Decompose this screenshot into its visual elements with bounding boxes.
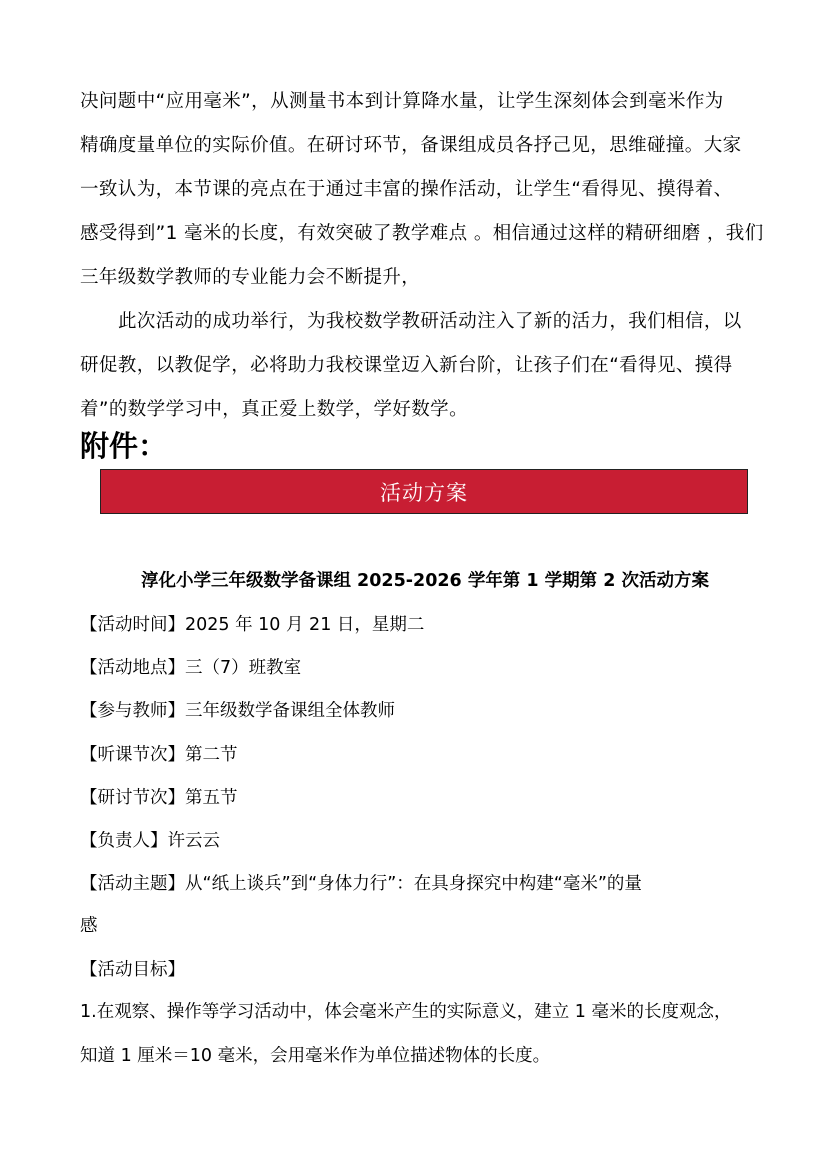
paragraph-line: 决问题中“应用毫米”，从测量书本到计算降水量，让学生深刻体会到毫米作为 [80,80,768,124]
activity-plan-banner: 活动方案 [100,469,748,514]
field-value: 第五节 [185,788,238,808]
field-discussion-period: 【研讨节次】第五节 [80,783,770,813]
paragraph-line: 精确度量单位的实际价值。在研讨环节，备课组成员各抒己见，思维碰撞。大家 [80,124,768,168]
field-label: 【听课节次】 [80,745,185,765]
field-value: 感 [80,916,98,936]
paragraph-line: 一致认为，本节课的亮点在于通过丰富的操作活动，让学生“看得见、摸得着、 [80,168,768,212]
paragraph-line: 着”的数学学习中，真正爱上数学，学好数学。 [80,388,768,432]
field-activity-location: 【活动地点】三（7）班教室 [80,653,770,683]
goal-line: 1.在观察、操作等学习活动中，体会毫米产生的实际意义，建立 1 毫米的长度观念， [80,990,780,1034]
goal-line: 知道 1 厘米＝10 毫米，会用毫米作为单位描述物体的长度。 [80,1034,780,1078]
attachment-heading: 附件： [80,426,167,466]
field-value: 三（7）班教室 [185,658,301,678]
field-observation-period: 【听课节次】第二节 [80,740,770,770]
plan-title: 淳化小学三年级数学备课组 2025-2026 学年第 1 学期第 2 次活动方案 [80,566,770,596]
field-value: 许云云 [168,831,221,851]
field-activity-theme: 【活动主题】从“纸上谈兵”到“身体力行”：在具身探究中构建“毫米”的量 [80,869,770,899]
field-value: 从“纸上谈兵”到“身体力行”：在具身探究中构建“毫米”的量 [185,874,642,894]
field-value: 2025 年 10 月 21 日，星期二 [185,615,424,635]
field-person-in-charge: 【负责人】许云云 [80,826,770,856]
field-value: 三年级数学备课组全体教师 [185,701,395,721]
paragraph-line: 三年级数学教师的专业能力会不断提升， [80,256,768,300]
field-activity-theme-continued: 感 [80,911,770,941]
field-participants: 【参与教师】三年级数学备课组全体教师 [80,696,770,726]
field-label: 【活动主题】 [80,874,185,894]
field-label: 【活动地点】 [80,658,185,678]
field-label: 【研讨节次】 [80,788,185,808]
paragraph-line: 感受得到”1 毫米的长度，有效突破了教学难点 。相信通过这样的精研细磨 ，我们 [80,212,768,256]
summary-paragraph: 决问题中“应用毫米”，从测量书本到计算降水量，让学生深刻体会到毫米作为 精确度量… [80,80,768,300]
paragraph-line: 研促教，以教促学，必将助力我校课堂迈入新台阶，让孩子们在“看得见、摸得 [80,344,768,388]
field-label: 【参与教师】 [80,701,185,721]
field-value: 第二节 [185,745,238,765]
conclusion-paragraph: 此次活动的成功举行，为我校数学教研活动注入了新的活力，我们相信，以 研促教，以教… [80,300,768,432]
document-page: 决问题中“应用毫米”，从测量书本到计算降水量，让学生深刻体会到毫米作为 精确度量… [0,0,827,1170]
field-activity-time: 【活动时间】2025 年 10 月 21 日，星期二 [80,610,770,640]
field-label: 【活动目标】 [80,960,185,980]
paragraph-line: 此次活动的成功举行，为我校数学教研活动注入了新的活力，我们相信，以 [80,300,768,344]
field-label: 【负责人】 [80,831,168,851]
field-label: 【活动时间】 [80,615,185,635]
goal-item: 1.在观察、操作等学习活动中，体会毫米产生的实际意义，建立 1 毫米的长度观念，… [80,990,780,1078]
banner-label: 活动方案 [380,477,468,507]
field-activity-goals: 【活动目标】 [80,955,770,985]
